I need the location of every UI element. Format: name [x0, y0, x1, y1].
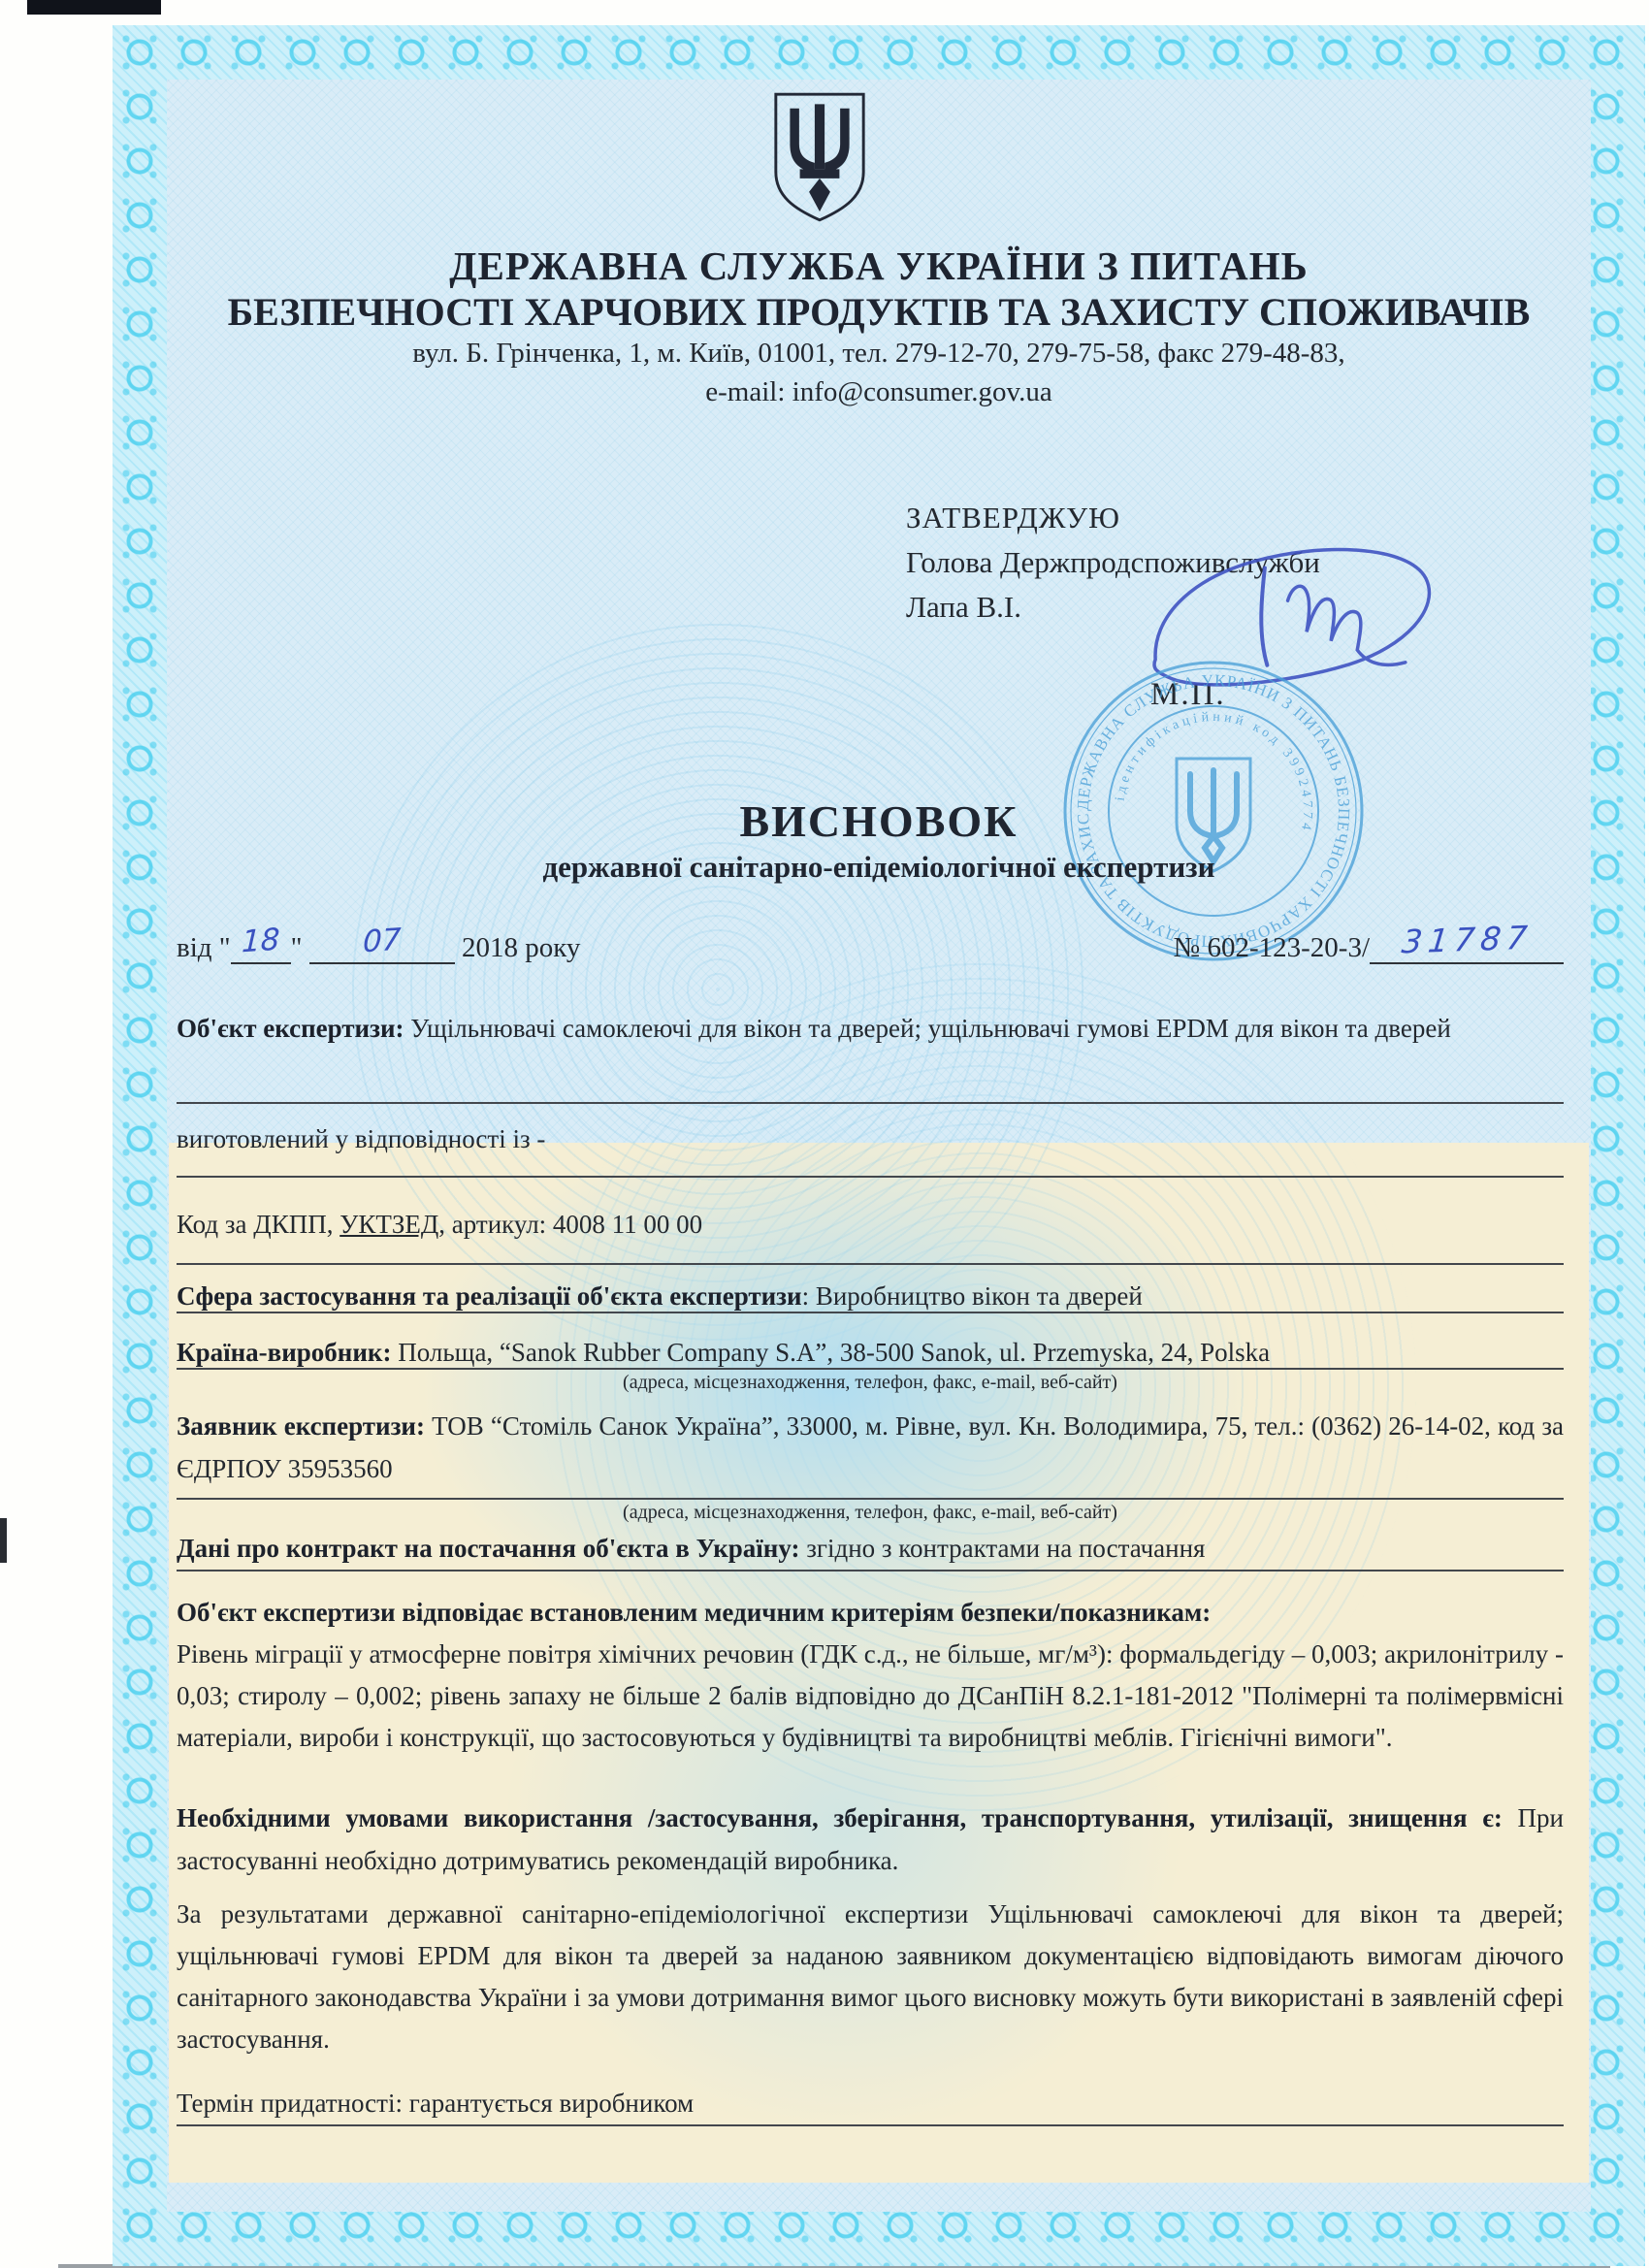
criteria-body: Рівень міграції у атмосферне повітря хім… — [177, 1634, 1564, 1759]
meta-row: від "18" 07 2018 року № 602-123-20-3/317… — [177, 923, 1564, 964]
number-slot: 31787 — [1370, 923, 1564, 964]
ukraine-trident-emblem-icon — [770, 83, 869, 231]
address-caption: (адреса, місцезнаходження, телефон, факс… — [177, 1502, 1564, 1524]
field-made-according: виготовлений у відповідності із - — [177, 1118, 1564, 1160]
shelf-life: Термін придатності: гарантується виробни… — [177, 2082, 1564, 2124]
field-object: Об'єкт експертизи: Ущільнювачі самоклеюч… — [177, 1007, 1564, 1050]
field-code: Код за ДКПП, УКТЗЕД, артикул: 4008 11 00… — [177, 1203, 1564, 1246]
scan-artifact-bar — [27, 0, 161, 15]
address-caption: (адреса, місцезнаходження, телефон, факс… — [177, 1372, 1564, 1394]
number-label: № 602-123-20-3/ — [1174, 932, 1370, 963]
field-underline — [177, 1312, 1564, 1313]
field-producer-label: Країна-виробник: — [177, 1338, 398, 1367]
field-underline — [177, 1263, 1564, 1265]
field-code-suffix: , артикул: 4008 11 00 00 — [438, 1210, 702, 1239]
field-contract-value: згідно з контрактами на постачання — [806, 1534, 1205, 1563]
field-code-prefix: Код за ДКПП, — [177, 1210, 339, 1239]
field-applicant: Заявник експертизи: ТОВ “Стоміль Санок У… — [177, 1405, 1564, 1490]
field-scope-value: : Виробництво вікон та дверей — [802, 1281, 1143, 1311]
handwritten-month: 07 — [362, 923, 402, 960]
field-underline — [177, 1498, 1564, 1500]
criteria-heading: Об'єкт експертизи відповідає встановлени… — [177, 1591, 1564, 1634]
field-scope-label: Сфера застосування та реалізації об'єкта… — [177, 1281, 802, 1311]
approve-word: ЗАТВЕРДЖУЮ — [906, 501, 1120, 535]
approver-name: Лапа В.І. — [906, 590, 1021, 625]
conditions-label: Необхідними умовами використання /застос… — [177, 1803, 1518, 1832]
org-address: вул. Б. Грінченка, 1, м. Київ, 01001, те… — [167, 338, 1591, 370]
field-contract-label: Дані про контракт на постачання об'єкта … — [177, 1534, 806, 1563]
org-name-line2: БЕЗПЕЧНОСТІ ХАРЧОВИХ ПРОДУКТІВ ТА ЗАХИСТ… — [167, 289, 1591, 335]
date-month-slot: 07 — [309, 923, 455, 964]
date-day-slot: 18 — [231, 923, 291, 964]
date-prefix: від " — [177, 932, 231, 963]
field-underline — [177, 1570, 1564, 1571]
org-email: e-mail: info@consumer.gov.ua — [167, 376, 1591, 408]
document-subtitle: державної санітарно-епідеміологічної екс… — [167, 850, 1591, 885]
date-close-quote: " — [291, 932, 303, 963]
handwritten-number: 31787 — [1400, 919, 1535, 961]
field-object-label: Об'єкт експертизи: — [177, 1014, 410, 1043]
field-underline — [177, 2124, 1564, 2126]
field-object-value: Ущільнювачі самоклеючі для вікон та двер… — [410, 1014, 1451, 1043]
document-title: ВИСНОВОК — [167, 795, 1591, 847]
field-underline — [177, 1102, 1564, 1104]
number-group: № 602-123-20-3/31787 — [1174, 923, 1564, 964]
field-contract: Дані про контракт на постачання об'єкта … — [177, 1527, 1564, 1570]
date-year: 2018 року — [462, 932, 580, 963]
org-name-line1: ДЕРЖАВНА СЛУЖБА УКРАЇНИ З ПИТАНЬ — [167, 243, 1591, 289]
field-underline — [177, 1368, 1564, 1370]
field-producer-value: Польща, “Sanok Rubber Company S.A”, 38-5… — [398, 1338, 1270, 1367]
field-underline — [177, 1176, 1564, 1178]
scan-artifact-nub — [0, 1518, 7, 1563]
conditions-paragraph: Необхідними умовами використання /застос… — [177, 1797, 1564, 1882]
handwritten-day: 18 — [241, 923, 280, 960]
field-code-uktzed: УКТЗЕД — [339, 1210, 438, 1239]
field-applicant-label: Заявник експертизи: — [177, 1411, 432, 1441]
conclusion-paragraph: За результатами державної санітарно-епід… — [177, 1894, 1564, 2060]
certificate-document: ДЕРЖАВНА СЛУЖБА УКРАЇНИ З ПИТАНЬ БЕЗПЕЧН… — [0, 0, 1649, 2268]
